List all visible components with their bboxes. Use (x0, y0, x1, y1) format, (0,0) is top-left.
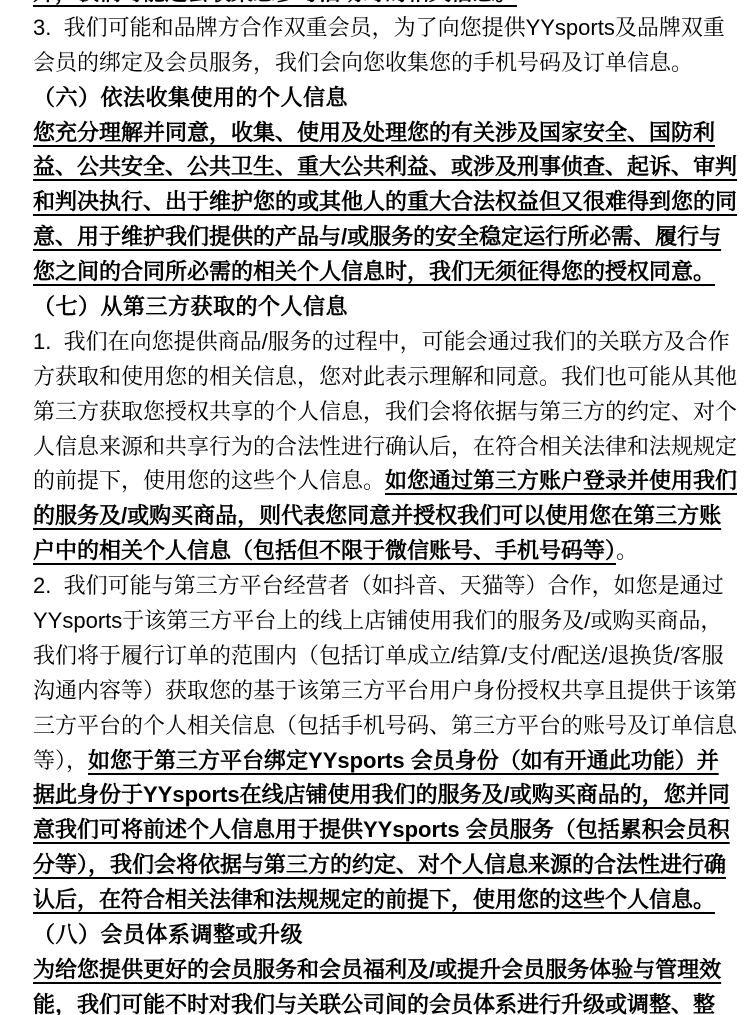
text-line: 人信息来源和共享行为的合法性进行确认后，在符合相关法律和法规规定 (33, 430, 717, 465)
text-line: 分等），我们会将依据与第三方的约定、对个人信息来源的合法性进行确 (33, 848, 717, 883)
text-line: 2. 我们可能与第三方平台经营者（如抖音、天猫等）合作，如您是通过 (33, 569, 717, 604)
text-line: 和判决执行、出于维护您的或其他人的重大合法权益但又很难得到您的同 (33, 185, 717, 220)
emphasized-underlined-text: 的服务及/或购买商品，则代表您同意并授权我们可以使用您在第三方账 (33, 503, 721, 528)
emphasized-underlined-text: 认后，在符合相关法律和法规规定的前提下，使用您的这些个人信息。 (33, 887, 715, 912)
emphasized-underlined-text: 和判决执行、出于维护您的或其他人的重大合法权益但又很难得到您的同 (33, 189, 737, 214)
emphasized-underlined-text: 如您通过第三方账户登录并使用我们 (385, 468, 737, 493)
text-line: 三方平台的个人相关信息（包括手机号码、第三方平台的账号及订单信息 (33, 709, 717, 744)
text-line: 益、公共安全、公共卫生、重大公共利益、或涉及刑事侦查、起诉、审判 (33, 150, 717, 185)
emphasized-underlined-text: 益、公共安全、公共卫生、重大公共利益、或涉及刑事侦查、起诉、审判 (33, 154, 737, 179)
text-line: 等），如您于第三方平台绑定YYsports 会员身份（如有开通此功能）并 (33, 744, 717, 779)
text-line: 3. 我们可能和品牌方合作双重会员，为了向您提供YYsports及品牌双重 (33, 11, 717, 46)
policy-document-page[interactable]: 外，我们可能还会收集您参与活动时的相关信息。3. 我们可能和品牌方合作双重会员，… (0, 0, 750, 1015)
text-line: 的服务及/或购买商品，则代表您同意并授权我们可以使用您在第三方账 (33, 499, 717, 534)
heading-text: （六）依法收集使用的个人信息 (33, 85, 348, 110)
text-line: 意、用于维护我们提供的产品与/或服务的安全稳定运行所必需、履行与 (33, 220, 717, 255)
text-line: YYsports于该第三方平台上的线上店铺使用我们的服务及/或购买商品， (33, 604, 717, 639)
body-text: 1. 我们在向您提供商品/服务的过程中，可能会通过我们的关联方及合作 (33, 329, 730, 354)
emphasized-underlined-text: 您充分理解并同意，收集、使用及处理您的有关涉及国家安全、国防利 (33, 120, 715, 145)
text-line: 认后，在符合相关法律和法规规定的前提下，使用您的这些个人信息。 (33, 883, 717, 918)
body-text: 3. 我们可能和品牌方合作双重会员，为了向您提供YYsports及品牌双重 (33, 15, 725, 40)
text-line: 户中的相关个人信息（包括但不限于微信账号、手机号码等）。 (33, 534, 717, 569)
section-heading: （六）依法收集使用的个人信息 (33, 81, 717, 116)
section-heading: （七）从第三方获取的个人信息 (33, 290, 717, 325)
emphasized-underlined-text: 户中的相关个人信息（包括但不限于微信账号、手机号码等） (33, 538, 616, 563)
text-line: 会员的绑定及会员服务，我们会向您收集您的手机号码及订单信息。 (33, 46, 717, 81)
section-heading: （八）会员体系调整或升级 (33, 918, 717, 953)
text-line: 我们将于履行订单的范围内（包括订单成立/结算/支付/配送/退换货/客服 (33, 639, 717, 674)
body-text: 方获取和使用您的相关信息，您对此表示理解和同意。我们也可能从其他 (33, 364, 737, 389)
emphasized-underlined-text: 意我们可将前述个人信息用于提供YYsports 会员服务（包括累积会员积 (33, 817, 730, 842)
text-line: 能，我们可能不时对我们与关联公司间的会员体系进行升级或调整、整 (33, 988, 717, 1015)
document-lines: 外，我们可能还会收集您参与活动时的相关信息。3. 我们可能和品牌方合作双重会员，… (33, 0, 717, 1015)
text-line: 您之间的合同所必需的相关个人信息时，我们无须征得您的授权同意。 (33, 255, 717, 290)
body-text: 三方平台的个人相关信息（包括手机号码、第三方平台的账号及订单信息 (33, 713, 737, 738)
body-text: 沟通内容等）获取您的基于该第三方平台用户身份授权共享且提供于该第 (33, 678, 737, 703)
text-line: 1. 我们在向您提供商品/服务的过程中，可能会通过我们的关联方及合作 (33, 325, 717, 360)
body-text: YYsports于该第三方平台上的线上店铺使用我们的服务及/或购买商品， (33, 608, 722, 633)
body-text: 会员的绑定及会员服务，我们会向您收集您的手机号码及订单信息。 (33, 50, 693, 75)
emphasized-underlined-text: 能，我们可能不时对我们与关联公司间的会员体系进行升级或调整、整 (33, 992, 715, 1015)
text-line: 的前提下，使用您的这些个人信息。如您通过第三方账户登录并使用我们 (33, 464, 717, 499)
heading-text: （八）会员体系调整或升级 (33, 922, 303, 947)
emphasized-underlined-text: 据此身份于YYsports在线店铺使用我们的服务及/或购买商品的，您并同 (33, 782, 730, 807)
emphasized-underlined-text: 为给您提供更好的会员服务和会员福利及/或提升会员服务体验与管理效 (33, 957, 721, 982)
emphasized-underlined-text: 您之间的合同所必需的相关个人信息时，我们无须征得您的授权同意。 (33, 259, 715, 284)
emphasized-underlined-text: 如您于第三方平台绑定YYsports 会员身份（如有开通此功能）并 (88, 748, 719, 773)
text-line: 方获取和使用您的相关信息，您对此表示理解和同意。我们也可能从其他 (33, 360, 717, 395)
emphasized-underlined-text: 分等），我们会将依据与第三方的约定、对个人信息来源的合法性进行确 (33, 852, 726, 877)
emphasized-underlined-text: 外，我们可能还会收集您参与活动时的相关信息。 (33, 0, 517, 5)
body-text: 第三方获取您授权共享的个人信息，我们会将依据与第三方的约定、对个 (33, 399, 737, 424)
body-text: 的前提下，使用您的这些个人信息。 (33, 468, 385, 493)
text-line: 沟通内容等）获取您的基于该第三方平台用户身份授权共享且提供于该第 (33, 674, 717, 709)
body-text: 我们将于履行订单的范围内（包括订单成立/结算/支付/配送/退换货/客服 (33, 643, 724, 668)
body-text: 2. 我们可能与第三方平台经营者（如抖音、天猫等）合作，如您是通过 (33, 573, 724, 598)
body-text: 人信息来源和共享行为的合法性进行确认后，在符合相关法律和法规规定 (33, 434, 737, 459)
heading-text: （七）从第三方获取的个人信息 (33, 294, 348, 319)
body-text: 等）， (33, 748, 88, 773)
text-line: 为给您提供更好的会员服务和会员福利及/或提升会员服务体验与管理效 (33, 953, 717, 988)
text-line: 意我们可将前述个人信息用于提供YYsports 会员服务（包括累积会员积 (33, 813, 717, 848)
text-line: 第三方获取您授权共享的个人信息，我们会将依据与第三方的约定、对个 (33, 395, 717, 430)
body-text: 。 (616, 538, 638, 563)
emphasized-underlined-text: 意、用于维护我们提供的产品与/或服务的安全稳定运行所必需、履行与 (33, 224, 721, 249)
text-line: 您充分理解并同意，收集、使用及处理您的有关涉及国家安全、国防利 (33, 116, 717, 151)
text-line: 外，我们可能还会收集您参与活动时的相关信息。 (33, 0, 717, 11)
text-line: 据此身份于YYsports在线店铺使用我们的服务及/或购买商品的，您并同 (33, 778, 717, 813)
